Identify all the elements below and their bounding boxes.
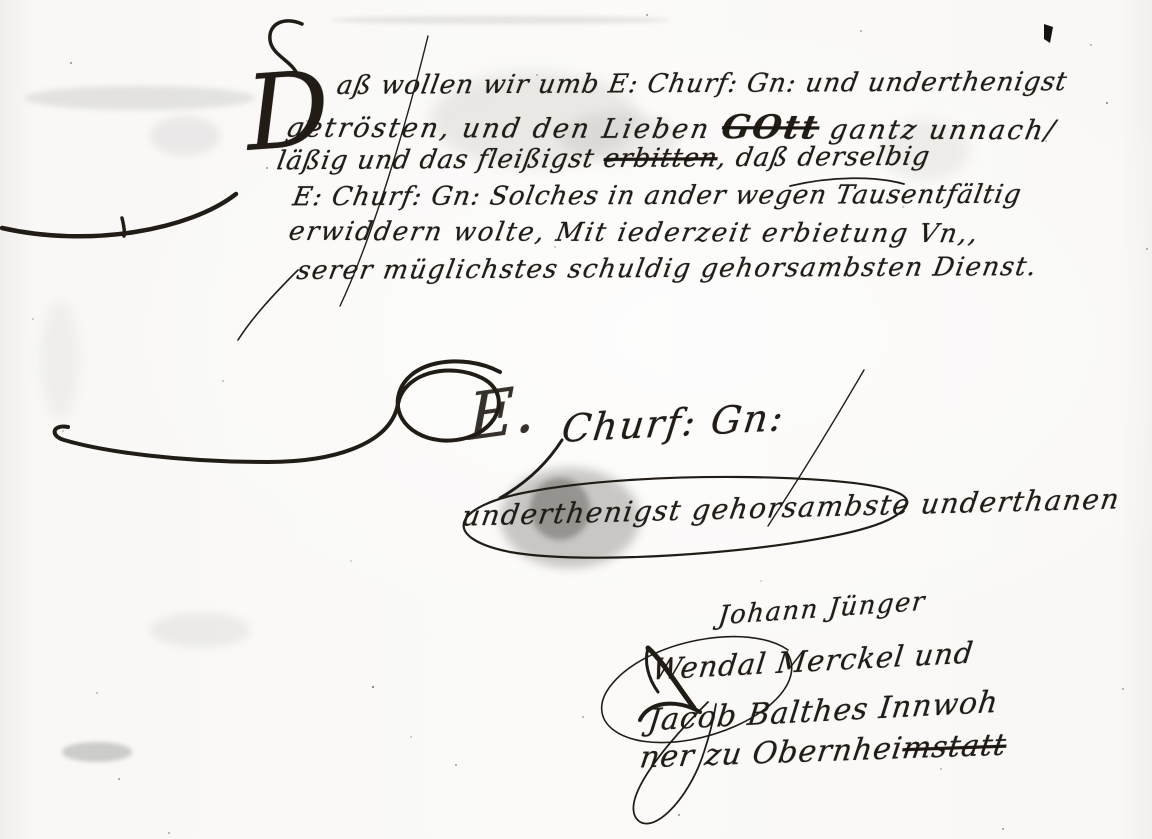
lead-in-stroke xyxy=(238,270,298,340)
drop-cap-tail-flourish xyxy=(2,194,236,236)
salutation-sweep-flourish xyxy=(55,404,398,462)
crossed-out-word: erbitten xyxy=(601,143,720,174)
crossed-out-word: mstatt xyxy=(900,728,1009,767)
ink-smudge xyxy=(62,742,132,762)
salutation-initial: E. xyxy=(468,373,534,457)
body-line-3-text: läßig und das fleißigst xyxy=(275,144,607,176)
signature-name-4-text: ner zu Obernhei xyxy=(638,731,905,775)
signature-name-2: Wendal Merckel und xyxy=(650,636,975,686)
body-line-6: serer müglichstes schuldig gehorsambsten… xyxy=(294,253,1039,287)
manuscript-page: D aß wollen wir umb E: Churf: Gn: und un… xyxy=(0,0,1152,839)
ink-smudge xyxy=(150,612,250,648)
ink-smudge xyxy=(25,86,255,110)
corner-scan-mark xyxy=(1044,24,1053,43)
body-line-5: erwiddern wolte, Mit iederzeit erbietung… xyxy=(286,218,981,250)
subscription-line: underthenigst gehorsambste underthanen xyxy=(460,483,1123,533)
crossed-out-word: GOtt xyxy=(719,107,823,146)
body-line-2: getrösten, und den Lieben GOtt gantz unn… xyxy=(284,107,1061,148)
ink-smudge xyxy=(150,116,220,156)
body-line-3-text: , daß derselbig xyxy=(715,142,932,174)
dust-specks xyxy=(0,0,2,2)
salutation-text: Churf: Gn: xyxy=(559,396,787,452)
stray-tick-mark xyxy=(122,218,124,236)
body-line-3: läßig und das fleißigst erbitten, daß de… xyxy=(274,143,932,177)
body-line-1: aß wollen wir umb E: Churf: Gn: und unde… xyxy=(334,68,1069,102)
body-line-2-text: getrösten, und den Lieben xyxy=(284,113,725,145)
body-line-4: E: Churf: Gn: Solches in ander wegen Tau… xyxy=(290,181,1024,213)
signature-name-1: Johann Jünger xyxy=(717,588,928,633)
ink-smudge xyxy=(40,300,80,420)
scan-edge-mark xyxy=(330,16,670,24)
